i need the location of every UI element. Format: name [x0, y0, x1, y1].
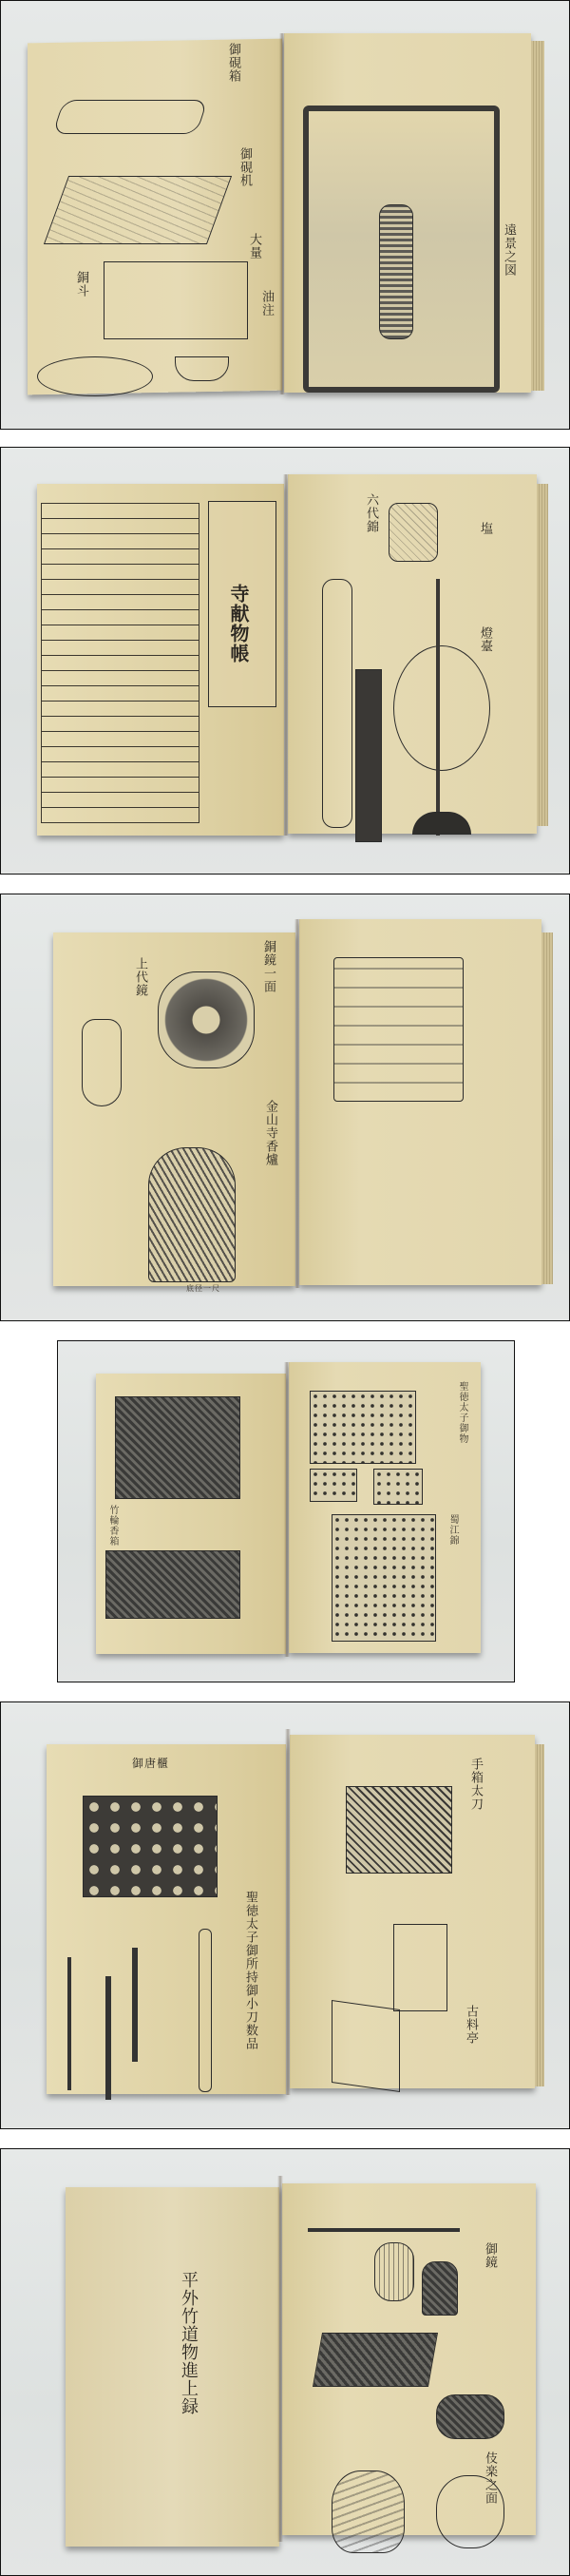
heading: 聖徳太子御物	[457, 1381, 466, 1444]
scripture-case-1-illustration	[393, 1924, 447, 2011]
photo-panel-5: 御唐櫃 聖徳太子御所持御小刀数品 手箱太刀 古料亭	[0, 1701, 570, 2129]
open-book: 寺献物帳 六代錦 燈臺 塩	[37, 474, 550, 845]
sword-1-illustration	[67, 1957, 71, 2090]
bald-mask-illustration	[436, 2475, 504, 2548]
heading: 御唐櫃	[132, 1758, 169, 1769]
dotted-box-illustration	[83, 1796, 218, 1897]
lantern-illustration	[374, 2242, 414, 2301]
figure-illustration	[379, 204, 413, 339]
jar-illustration	[389, 503, 438, 562]
cover-title: 平外竹道物進上録	[180, 2271, 197, 2415]
open-book: 竹輪香箱 聖徳太子御物 蜀江錦	[96, 1362, 495, 1666]
heading: 銅鏡一面	[262, 940, 275, 993]
offerings-list	[41, 503, 199, 823]
tray-illustration	[52, 100, 208, 134]
sword-2-illustration	[105, 1976, 111, 2100]
open-book: 平外竹道物進上録 御鏡 伎楽之面	[66, 2176, 550, 2556]
heading: 御硯机	[238, 147, 251, 187]
photo-panel-1: 御硯箱 御硯机 大量 銅斗 油注 遠景之図	[0, 0, 570, 430]
chest-illustration	[115, 1396, 240, 1499]
mirror-illustration	[158, 971, 255, 1068]
lamp-inset-illustration	[393, 645, 490, 771]
heading: 蜀江錦	[447, 1514, 457, 1546]
incense-burner-illustration	[148, 1147, 236, 1282]
heading: 御鏡	[484, 2242, 496, 2269]
heading: 上代鏡	[134, 957, 146, 997]
demon-mask-illustration	[332, 2470, 405, 2553]
heading: 竹輪香箱	[107, 1505, 117, 1547]
heading: 御硯箱	[227, 43, 239, 83]
draped-chest-illustration	[105, 1550, 240, 1619]
textile-pattern-3	[373, 1469, 423, 1505]
ornate-box-illustration	[346, 1786, 452, 1874]
caption: 遠景之図	[503, 223, 515, 277]
scroll-rod-illustration	[308, 2228, 460, 2232]
open-book: 御唐櫃 聖徳太子御所持御小刀数品 手箱太刀 古料亭	[47, 1729, 550, 2105]
helmet-illustration	[422, 2261, 458, 2316]
patterned-box-illustration	[313, 2333, 438, 2387]
heading: 塩	[479, 522, 491, 535]
heading: 銅斗	[75, 271, 87, 298]
photo-panel-6: 平外竹道物進上録 御鏡 伎楽之面	[0, 2148, 570, 2576]
knife-illustration	[132, 1948, 138, 2062]
book-title: 寺献物帳	[229, 584, 248, 663]
heading: 六代錦	[365, 493, 377, 533]
lidded-box-illustration	[104, 261, 248, 339]
cover-page	[66, 2187, 279, 2547]
heading: 大量	[248, 233, 260, 260]
heading: 油注	[260, 290, 273, 317]
knife-sheath-illustration	[199, 1929, 212, 2092]
scripture-case-2-illustration	[332, 2000, 400, 2092]
heading: 聖徳太子御所持御小刀数品	[244, 1891, 256, 2050]
flask-illustration	[82, 1019, 122, 1106]
photo-panel-4: 竹輪香箱 聖徳太子御物 蜀江錦	[57, 1340, 515, 1682]
stand-illustration	[175, 356, 229, 381]
heading: 燈臺	[479, 626, 491, 653]
textile-pattern-4	[332, 1514, 436, 1642]
heading: 手箱太刀	[469, 1758, 482, 1811]
photo-panel-2: 寺献物帳 六代錦 燈臺 塩	[0, 447, 570, 875]
open-book: 銅鏡一面 上代鏡 金山寺香爐 底径一尺	[53, 919, 561, 1299]
textile-pattern-2	[310, 1469, 357, 1502]
photo-panel-3: 銅鏡一面 上代鏡 金山寺香爐 底径一尺	[0, 894, 570, 1321]
seal-impression	[333, 957, 464, 1102]
heading: 古料亭	[465, 2005, 477, 2045]
heading: 金山寺香爐	[264, 1100, 276, 1166]
open-book: 御硯箱 御硯机 大量 銅斗 油注 遠景之図	[28, 33, 550, 404]
lamp-stand-illustration	[436, 579, 440, 836]
caption: 底径一尺	[186, 1285, 220, 1293]
box-illustration	[44, 176, 232, 244]
round-box-illustration	[436, 2394, 504, 2439]
saw-blade-illustration	[355, 669, 382, 842]
bowl-illustration	[37, 356, 153, 396]
saw-handle-illustration	[322, 579, 352, 828]
textile-pattern-1	[310, 1391, 416, 1464]
